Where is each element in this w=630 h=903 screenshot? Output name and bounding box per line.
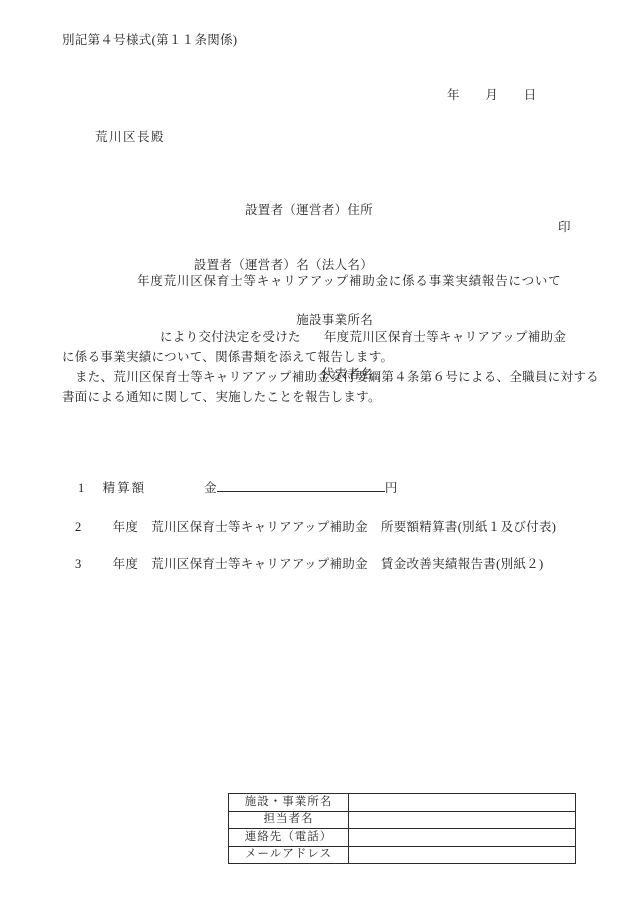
item-2-number: 2 (75, 520, 82, 534)
contact-label-person: 担当者名 (229, 811, 349, 829)
body-line-1-tail: 年度荒川区保育士等キャリアアップ補助金 (324, 330, 566, 344)
item-1-label: 精算額 (103, 481, 147, 495)
item-3-document-name: 賃金改善実績報告書(別紙２) (381, 557, 544, 571)
contact-table: 施設・事業所名 担当者名 連絡先（電話） メールアドレス (228, 793, 576, 864)
item-attachment-2: 3年度荒川区保育士等キャリアアップ補助金賃金改善実績報告書(別紙２) (75, 557, 543, 572)
document-page: 別記第４号様式(第１１条関係) 年 月 日 荒川区長殿 設置者（運営者）住所 設… (0, 0, 630, 903)
body-line-1: により交付決定を受けた年度荒川区保育士等キャリアアップ補助金 (160, 330, 566, 345)
body-line-2: に係る事業実績について、関係書類を添えて報告します。 (62, 350, 393, 365)
item-2-year: 年度 (113, 520, 139, 534)
addressee: 荒川区長殿 (95, 130, 165, 145)
body-line-3: また、荒川区保育士等キャリアアップ補助金交付要綱第４条第６号による、全職員に対す… (75, 370, 599, 385)
seal-mark: 印 (558, 220, 571, 235)
contact-value-facility (349, 794, 576, 812)
contact-label-email: メールアドレス (229, 846, 349, 864)
table-row: 施設・事業所名 (229, 794, 576, 812)
sender-address-label: 設置者（運営者）住所 (194, 201, 373, 219)
table-row: 連絡先（電話） (229, 829, 576, 847)
contact-value-person (349, 811, 576, 829)
amount-blank-underline (217, 479, 385, 492)
item-2-subsidy-name: 荒川区保育士等キャリアアップ補助金 (151, 520, 368, 534)
item-1-number: 1 (78, 481, 85, 495)
body-line-1-lead: により交付決定を受けた (160, 330, 301, 344)
form-number: 別記第４号様式(第１１条関係) (62, 33, 237, 48)
table-row: 担当者名 (229, 811, 576, 829)
item-3-subsidy-name: 荒川区保育士等キャリアアップ補助金 (151, 557, 368, 571)
sender-facility-label: 施設事業所名 (194, 311, 373, 329)
amount-suffix: 円 (385, 481, 398, 495)
item-attachment-1: 2年度荒川区保育士等キャリアアップ補助金所要額精算書(別紙１及び付表) (75, 520, 556, 535)
contact-label-facility: 施設・事業所名 (229, 794, 349, 812)
sender-name-label: 設置者（運営者）名（法人名） (194, 256, 373, 274)
item-2-document-name: 所要額精算書(別紙１及び付表) (381, 520, 556, 534)
contact-value-phone (349, 829, 576, 847)
contact-value-email (349, 846, 576, 864)
body-line-4: 書面による通知に関して、実施したことを報告します。 (62, 390, 381, 405)
amount-prefix: 金 (204, 481, 217, 495)
item-3-number: 3 (75, 557, 82, 571)
contact-label-phone: 連絡先（電話） (229, 829, 349, 847)
date-line: 年 月 日 (447, 88, 537, 103)
table-row: メールアドレス (229, 846, 576, 864)
item-3-year: 年度 (113, 557, 139, 571)
document-title: 年度荒川区保育士等キャリアアップ補助金に係る事業実績報告について (137, 274, 561, 289)
item-settlement-amount: 1精算額金円 (78, 479, 398, 496)
